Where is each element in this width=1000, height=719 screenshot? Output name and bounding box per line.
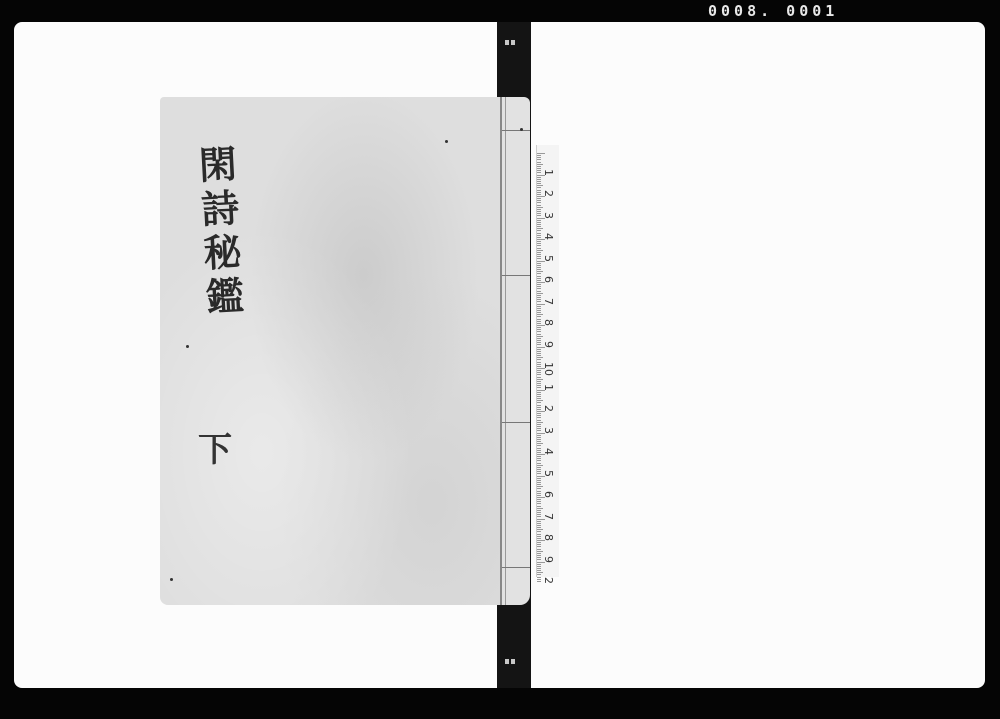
measurement-ruler: 123456789101234567892 [536,145,559,577]
ruler-tick [537,549,541,550]
ruler-label: 7 [542,513,555,520]
ruler-tick [537,269,541,270]
ruler-label: 8 [542,534,555,541]
ruler-tick [537,280,541,281]
ruler-tick [537,213,541,214]
ruler-tick [537,579,541,580]
ruler-tick [537,181,541,182]
ruler-tick [537,194,541,195]
ruler-tick [537,383,541,384]
ruler-tick [537,577,541,578]
cover-speck [445,140,448,143]
ruler-tick [537,385,541,386]
ruler-tick [537,514,541,515]
ruler-tick [537,286,541,287]
ruler-tick [537,525,541,526]
gutter-mark [505,40,509,45]
ruler-tick [537,370,541,371]
ruler-tick [537,546,541,547]
ruler-tick [537,222,541,223]
stitch-line [502,567,530,568]
ruler-label: 2 [542,405,555,412]
ruler-tick [537,501,541,502]
ruler-tick [537,443,543,444]
ruler-tick [537,536,541,537]
ruler-tick [537,506,541,507]
ruler-tick [537,250,543,251]
ruler-tick [537,329,541,330]
ruler-tick [537,495,541,496]
ruler-tick [537,484,541,485]
ruler-tick [537,327,541,328]
ruler-tick [537,177,541,178]
ruler-tick [537,542,541,543]
ruler-tick [537,499,541,500]
ruler-label: 1 [542,384,555,391]
ruler-tick [537,366,541,367]
ruler-tick [537,435,541,436]
ruler-tick [537,534,541,535]
ruler-tick [537,215,541,216]
ruler-tick [537,379,543,380]
ruler-tick [537,278,541,279]
stitch-line [502,275,530,276]
ruler-tick [537,351,541,352]
gutter-mark [511,40,515,45]
ruler-tick [537,291,541,292]
ruler-tick [537,228,543,229]
ruler-tick [537,245,541,246]
ruler-tick [537,574,541,575]
ruler-tick [537,555,541,556]
ruler-tick [537,293,543,294]
ruler-tick [537,512,541,513]
ruler-tick [537,467,541,468]
ruler-tick [537,531,541,532]
ruler-tick [537,426,541,427]
ruler-label: 9 [542,341,555,348]
ruler-tick [537,460,541,461]
ruler-tick [537,465,543,466]
ruler-tick [537,263,541,264]
ruler-tick [537,183,541,184]
ruler-tick [537,452,541,453]
ruler-tick [537,211,541,212]
ruler-tick [537,377,541,378]
ruler-tick [537,445,541,446]
ruler-tick [537,364,541,365]
ruler-label: 6 [542,491,555,498]
ruler-tick [537,265,541,266]
ruler-tick [537,374,541,375]
ruler-tick [537,258,541,259]
ruler-tick [537,254,541,255]
ruler-tick [537,338,541,339]
ruler-tick [537,323,541,324]
ruler-label: 2 [542,577,555,584]
ruler-tick [537,568,541,569]
ruler-tick [537,306,541,307]
ruler-tick [537,572,543,573]
ruler-tick [537,503,541,504]
ruler-tick [537,334,541,335]
stitch-line [502,422,530,423]
frame-counter: 0008. 0001 [708,2,838,20]
ruler-tick [537,478,541,479]
ruler-tick [537,471,541,472]
ruler-tick [537,521,541,522]
ruler-tick [537,424,541,425]
ruler-tick [537,301,541,302]
ruler-tick [537,359,541,360]
ruler-tick [537,344,541,345]
ruler-tick [537,381,541,382]
ruler-tick [537,508,543,509]
ruler-tick [537,179,541,180]
ruler-tick [537,407,541,408]
ruler-tick [537,209,541,210]
ruler-tick [537,319,541,320]
gutter-mark [511,659,515,664]
ruler-tick [537,187,541,188]
ruler-tick [537,398,541,399]
ruler-tick [537,405,541,406]
ruler-tick [537,159,541,160]
ruler-tick [537,168,541,169]
ruler-tick [537,207,543,208]
ruler-tick [537,312,541,313]
ruler-tick [537,233,541,234]
ruler-tick [537,256,541,257]
ruler-tick [537,420,541,421]
ruler-tick [537,353,541,354]
ruler-tick [537,340,541,341]
ruler-tick [537,299,541,300]
cover-speck [170,578,173,581]
ruler-tick [537,288,541,289]
cover-speck [186,345,189,348]
ruler-tick [537,480,541,481]
ruler-label: 5 [542,470,555,477]
ruler-tick [537,523,541,524]
ruler-tick [537,164,543,165]
ruler-label: 3 [542,212,555,219]
ruler-tick [537,200,541,201]
ruler-tick [537,482,541,483]
ruler-label: 2 [542,190,555,197]
ruler-tick [537,155,541,156]
ruler-tick [537,491,541,492]
ruler-tick [537,284,541,285]
ruler-tick [537,162,541,163]
ruler-tick [537,310,541,311]
ruler-tick [537,192,541,193]
ruler-tick [537,450,541,451]
ruler-tick [537,205,541,206]
ruler-tick [537,463,541,464]
ruler-tick [537,172,541,173]
ruler-tick [537,241,541,242]
ruler-tick [537,456,541,457]
ruler-tick [537,314,543,315]
ruler-tick [537,510,541,511]
ruler-tick [537,362,541,363]
ruler-label: 3 [542,427,555,434]
ruler-tick [537,516,541,517]
ruler-tick [537,570,541,571]
ruler-tick [537,402,541,403]
cover-title: 閑詩秘鑑 [177,144,246,323]
ruler-tick [537,271,543,272]
ruler-tick [537,557,541,558]
ruler-tick [537,224,541,225]
volume-mark: 下 [198,422,232,471]
ruler-tick [537,190,541,191]
gutter-mark [505,659,509,664]
ruler-tick [537,387,541,388]
ruler-tick [537,357,543,358]
ruler-tick [537,230,541,231]
ruler-tick [537,166,541,167]
ruler-tick [537,185,543,186]
ruler-tick [537,564,541,565]
ruler-tick [537,355,541,356]
ruler-label: 1 [542,169,555,176]
ruler-tick [537,448,541,449]
ruler-tick [537,529,543,530]
ruler-tick [537,400,543,401]
ruler-tick [537,331,541,332]
ruler-tick [537,527,541,528]
ruler-tick [537,409,541,410]
cover-speck [520,128,523,131]
ruler-tick [537,469,541,470]
ruler-label: 9 [542,556,555,563]
ruler-tick [537,237,541,238]
ruler-tick [537,392,541,393]
ruler-label: 10 [542,362,555,376]
ruler-tick [537,252,541,253]
ruler-tick [537,321,541,322]
ruler-tick [537,349,541,350]
ruler-tick [537,493,541,494]
ruler-tick [537,581,541,582]
ruler-tick [537,243,541,244]
ruler-label: 4 [542,448,555,455]
ruler-tick [537,394,541,395]
ruler-tick [537,417,541,418]
ruler-label: 6 [542,276,555,283]
ruler-tick [537,153,545,154]
ruler-label: 4 [542,233,555,240]
ruler-tick [537,220,541,221]
ruler-tick [537,342,541,343]
ruler-tick [537,437,541,438]
ruler-tick [537,428,541,429]
ruler-tick [537,566,541,567]
ruler-tick [537,297,541,298]
ruler-tick [537,473,541,474]
ruler-tick [537,488,541,489]
ruler-tick [537,430,541,431]
ruler-tick [537,413,541,414]
ruler-tick [537,422,543,423]
ruler-tick [537,553,541,554]
ruler-tick [537,538,541,539]
ruler-tick [537,372,541,373]
ruler-tick [537,157,541,158]
ruler-tick [537,276,541,277]
ruler-tick [537,295,541,296]
ruler-tick [537,267,541,268]
ruler-tick [537,170,541,171]
ruler-label: 7 [542,298,555,305]
ruler-tick [537,308,541,309]
ruler-tick [537,415,541,416]
ruler-tick [537,273,541,274]
ruler-tick [537,202,541,203]
ruler-tick [537,235,541,236]
ruler-tick [537,336,543,337]
ruler-tick [537,226,541,227]
ruler-tick [537,396,541,397]
ruler-tick [537,486,543,487]
ruler-tick [537,559,541,560]
ruler-tick [537,198,541,199]
ruler-tick [537,248,541,249]
ruler-tick [537,544,541,545]
ruler-tick [537,458,541,459]
ruler-label: 5 [542,255,555,262]
book-spine [500,97,530,605]
ruler-label: 8 [542,319,555,326]
stitch-line [502,130,530,131]
ruler-tick [537,441,541,442]
binding-line [505,97,506,605]
ruler-tick [537,439,541,440]
ruler-tick [537,316,541,317]
ruler-tick [537,551,543,552]
